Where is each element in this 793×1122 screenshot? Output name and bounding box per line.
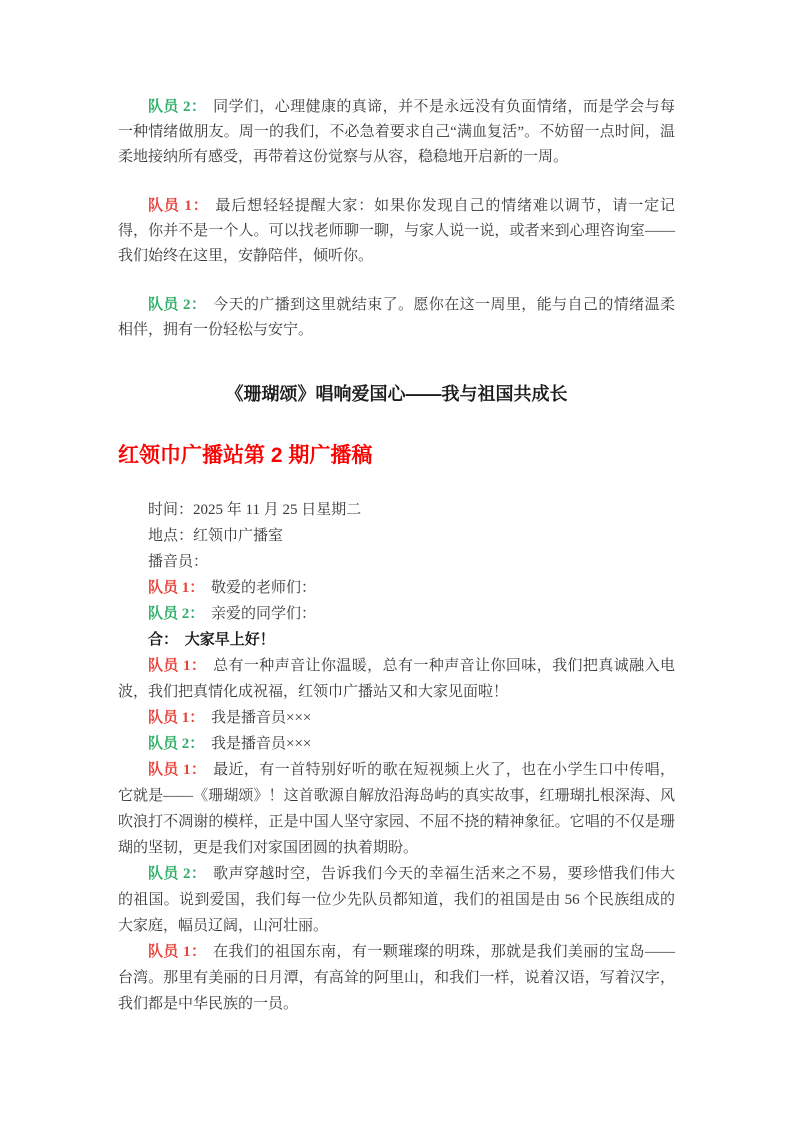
speaker-label-member2: 队员 2： [148, 99, 206, 115]
together-greeting-line: 合：大家早上好！ [118, 627, 675, 653]
broadcast-info-section: 时间：2025 年 11 月 25 日星期二 地点：红领巾广播室 播音员： 队员… [118, 497, 675, 653]
announcer-line: 播音员： [118, 549, 675, 575]
speaker-label-member1: 队员 1： [148, 658, 206, 674]
greeting-text: 敬爱的老师们： [211, 580, 316, 596]
greeting-line: 队员 2：亲爱的同学们： [118, 601, 675, 627]
previous-script-ending-section: 队员 2：同学们，心理健康的真谛，并不是永远没有负面情绪，而是学会与每一种情绪做… [118, 95, 675, 343]
ending-paragraph: 队员 1：最后想轻轻提醒大家：如果你发现自己的情绪难以调节，请一定记得，你并不是… [118, 194, 675, 269]
time-line: 时间：2025 年 11 月 25 日星期二 [118, 497, 675, 523]
script-paragraph: 队员 2：歌声穿越时空，告诉我们今天的幸福生活来之不易，要珍惜我们伟大的祖国。说… [118, 861, 675, 939]
paragraph-text: 我是播音员××× [211, 736, 311, 752]
speaker-label-member1: 队员 1： [148, 580, 204, 596]
ending-paragraph: 队员 2：同学们，心理健康的真谛，并不是永远没有负面情绪，而是学会与每一种情绪做… [118, 95, 675, 170]
paragraph-text: 我是播音员××× [211, 710, 311, 726]
speaker-label-member2: 队员 2： [148, 736, 204, 752]
script-paragraph: 队员 1：在我们的祖国东南，有一颗璀璨的明珠，那就是我们美丽的宝岛——台湾。那里… [118, 939, 675, 1017]
place-line: 地点：红领巾广播室 [118, 523, 675, 549]
speaker-label-together: 合： [148, 632, 178, 648]
script-paragraph: 队员 2：我是播音员××× [118, 731, 675, 757]
speaker-label-member1: 队员 1： [148, 762, 206, 778]
document-title: 《珊瑚颂》唱响爱国心——我与祖国共成长 [118, 381, 675, 407]
greeting-line: 队员 1：敬爱的老师们： [118, 575, 675, 601]
speaker-label-member1: 队员 1： [148, 944, 206, 960]
speaker-label-member2: 队员 2： [148, 866, 206, 882]
issue-heading: 红领巾广播站第 2 期广播稿 [118, 441, 675, 471]
greeting-text: 亲爱的同学们： [211, 606, 316, 622]
ending-paragraph: 队员 2：今天的广播到这里就结束了。愿你在这一周里，能与自己的情绪温柔相伴，拥有… [118, 293, 675, 343]
script-paragraph: 队员 1：最近，有一首特别好听的歌在短视频上火了，也在小学生口中传唱，它就是——… [118, 757, 675, 861]
speaker-label-member2: 队员 2： [148, 606, 204, 622]
script-paragraph: 队员 1：我是播音员××× [118, 705, 675, 731]
speaker-label-member1: 队员 1： [148, 710, 204, 726]
speaker-label-member2: 队员 2： [148, 297, 206, 313]
greeting-text: 大家早上好！ [185, 632, 275, 648]
speaker-label-member1: 队员 1： [148, 198, 209, 214]
script-paragraph: 队员 1：总有一种声音让你温暖，总有一种声音让你回味，我们把真诚融入电波，我们把… [118, 653, 675, 705]
broadcast-script-section: 队员 1：总有一种声音让你温暖，总有一种声音让你回味，我们把真诚融入电波，我们把… [118, 653, 675, 1017]
document-page: 队员 2：同学们，心理健康的真谛，并不是永远没有负面情绪，而是学会与每一种情绪做… [0, 0, 793, 1122]
